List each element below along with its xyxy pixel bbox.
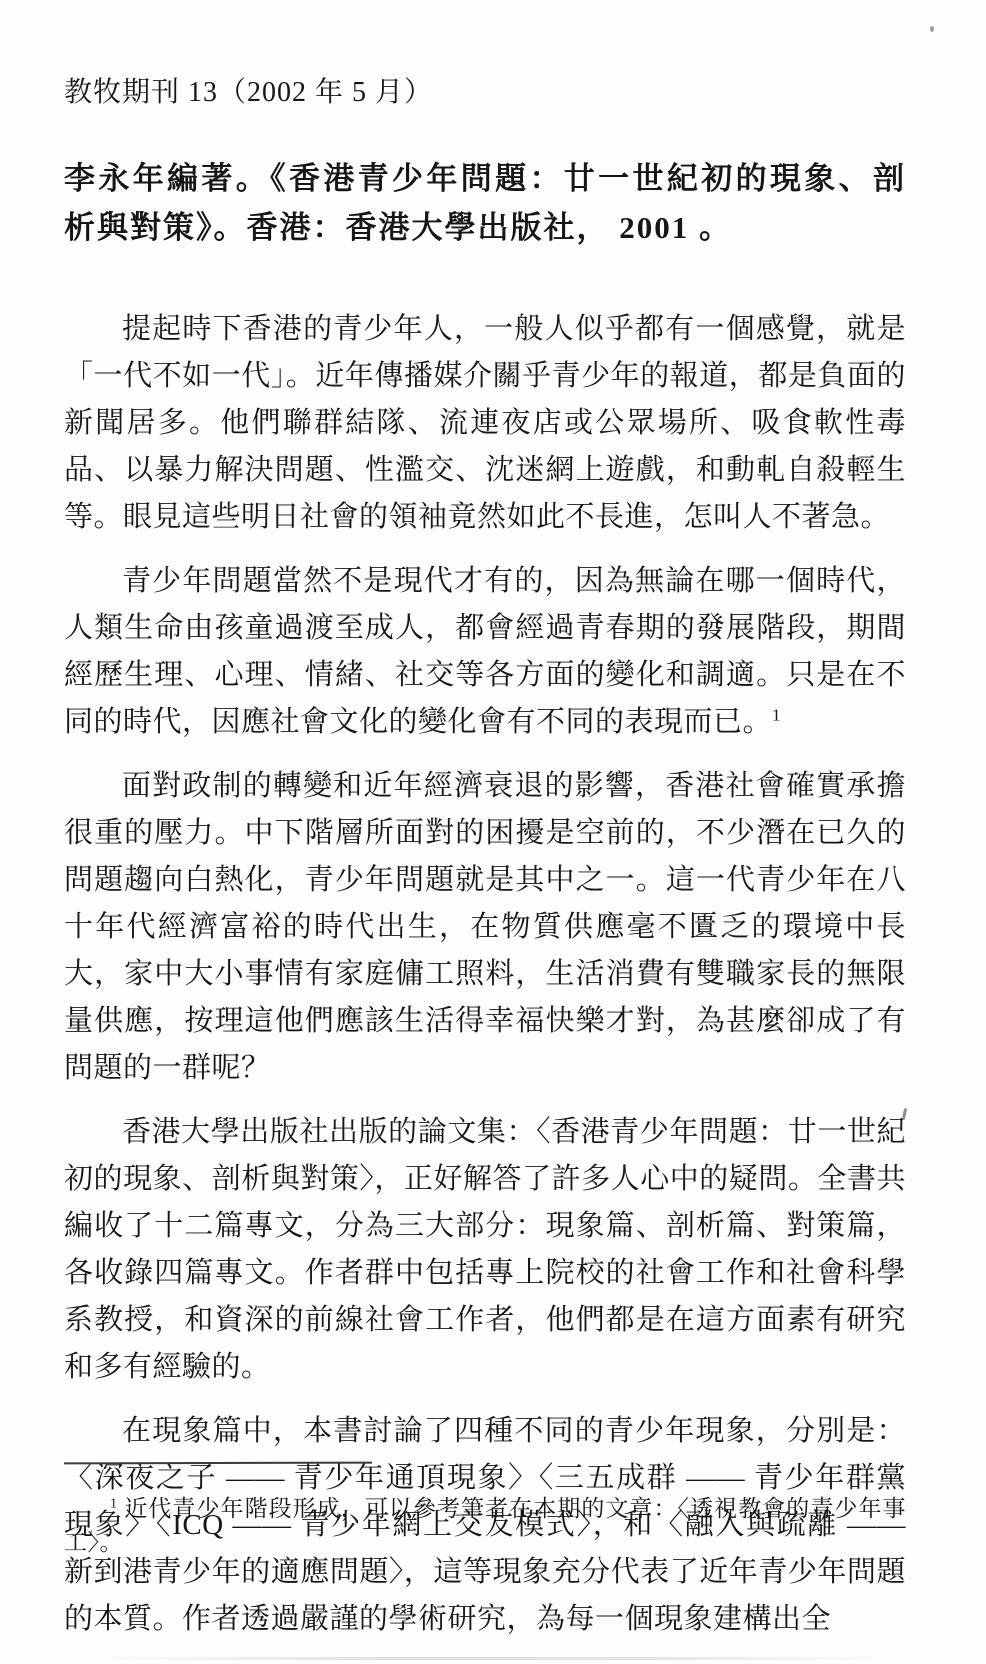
footnote-marker: 1 bbox=[110, 1496, 118, 1511]
footnote-reference-marker: 1 bbox=[772, 705, 781, 724]
paragraph-1: 提起時下香港的青少年人，一般人似乎都有一個感覺，就是「一代不如一代」。近年傳播媒… bbox=[64, 306, 906, 541]
paragraph-3: 面對政制的轉變和近年經濟衰退的影響，香港社會確實承擔很重的壓力。中下階層所面對的… bbox=[64, 763, 906, 1092]
footnote-section: 1 近代青少年階段形成，可以參考筆者在本期的文章：〈透視教會的青少年事工〉。 bbox=[64, 1462, 906, 1560]
paragraph-2: 青少年問題當然不是現代才有的，因為無論在哪一個時代，人類生命由孩童過渡至成人，都… bbox=[64, 558, 906, 746]
journal-header: 教牧期刊 13（2002 年 5 月） bbox=[64, 76, 906, 110]
scanned-document-page: 教牧期刊 13（2002 年 5 月） 李永年編著。《香港青少年問題：廿一世紀初… bbox=[0, 0, 986, 1664]
paragraph-4: 香港大學出版社出版的論文集：〈香港青少年問題：廿一世紀初的現象、剖析與對策〉，正… bbox=[64, 1109, 906, 1391]
footnote-body: 近代青少年階段形成，可以參考筆者在本期的文章：〈透視教會的青少年事工〉。 bbox=[64, 1496, 906, 1555]
review-body: 提起時下香港的青少年人，一般人似乎都有一個感覺，就是「一代不如一代」。近年傳播媒… bbox=[64, 306, 906, 1643]
footnote-text: 1 近代青少年階段形成，可以參考筆者在本期的文章：〈透視教會的青少年事工〉。 bbox=[64, 1492, 906, 1560]
book-citation-title: 李永年編著。《香港青少年問題：廿一世紀初的現象、剖析與對策》。香港：香港大學出版… bbox=[64, 154, 906, 252]
scan-artifact-bottom-edge bbox=[90, 1657, 890, 1660]
scan-artifact-dot bbox=[930, 26, 934, 32]
footnote-divider-rule bbox=[64, 1462, 372, 1465]
